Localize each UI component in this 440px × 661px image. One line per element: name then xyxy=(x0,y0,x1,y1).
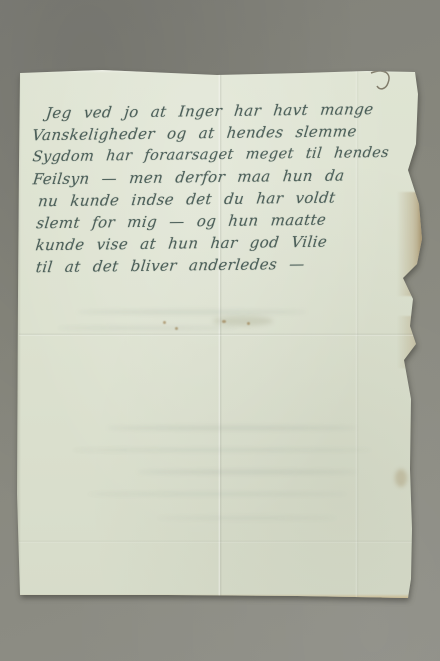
bleed-through-line xyxy=(107,426,357,430)
fold-crease-horizontal xyxy=(19,333,421,336)
bleed-through-line xyxy=(72,448,372,452)
ink-smudge xyxy=(395,469,407,487)
bleed-through-line xyxy=(87,492,347,496)
bleed-through-line xyxy=(137,470,357,474)
paper-speck xyxy=(163,321,166,324)
handwriting-block: Jeg ved jo at Inger har havt mange Vansk… xyxy=(32,98,406,279)
fold-crease-horizontal-faint xyxy=(19,540,421,543)
paper-bottom-edge-shading xyxy=(19,594,411,599)
paper-speck xyxy=(222,320,226,323)
photo-background: Jeg ved jo at Inger har havt mange Vansk… xyxy=(0,0,440,661)
curl-crease-mark xyxy=(369,67,399,97)
bleed-through-line xyxy=(57,326,237,330)
bleed-through-line xyxy=(77,310,307,314)
handwriting-line: til at det bliver anderledes — xyxy=(35,252,407,279)
paper-speck xyxy=(247,322,250,325)
torn-edge-lower xyxy=(397,316,423,368)
letter-paper-wrapper: Jeg ved jo at Inger har havt mange Vansk… xyxy=(17,64,423,602)
letter-paper: Jeg ved jo at Inger har havt mange Vansk… xyxy=(17,64,423,602)
paper-right-edge-discoloration xyxy=(417,72,423,592)
bleed-through-line xyxy=(157,516,337,520)
